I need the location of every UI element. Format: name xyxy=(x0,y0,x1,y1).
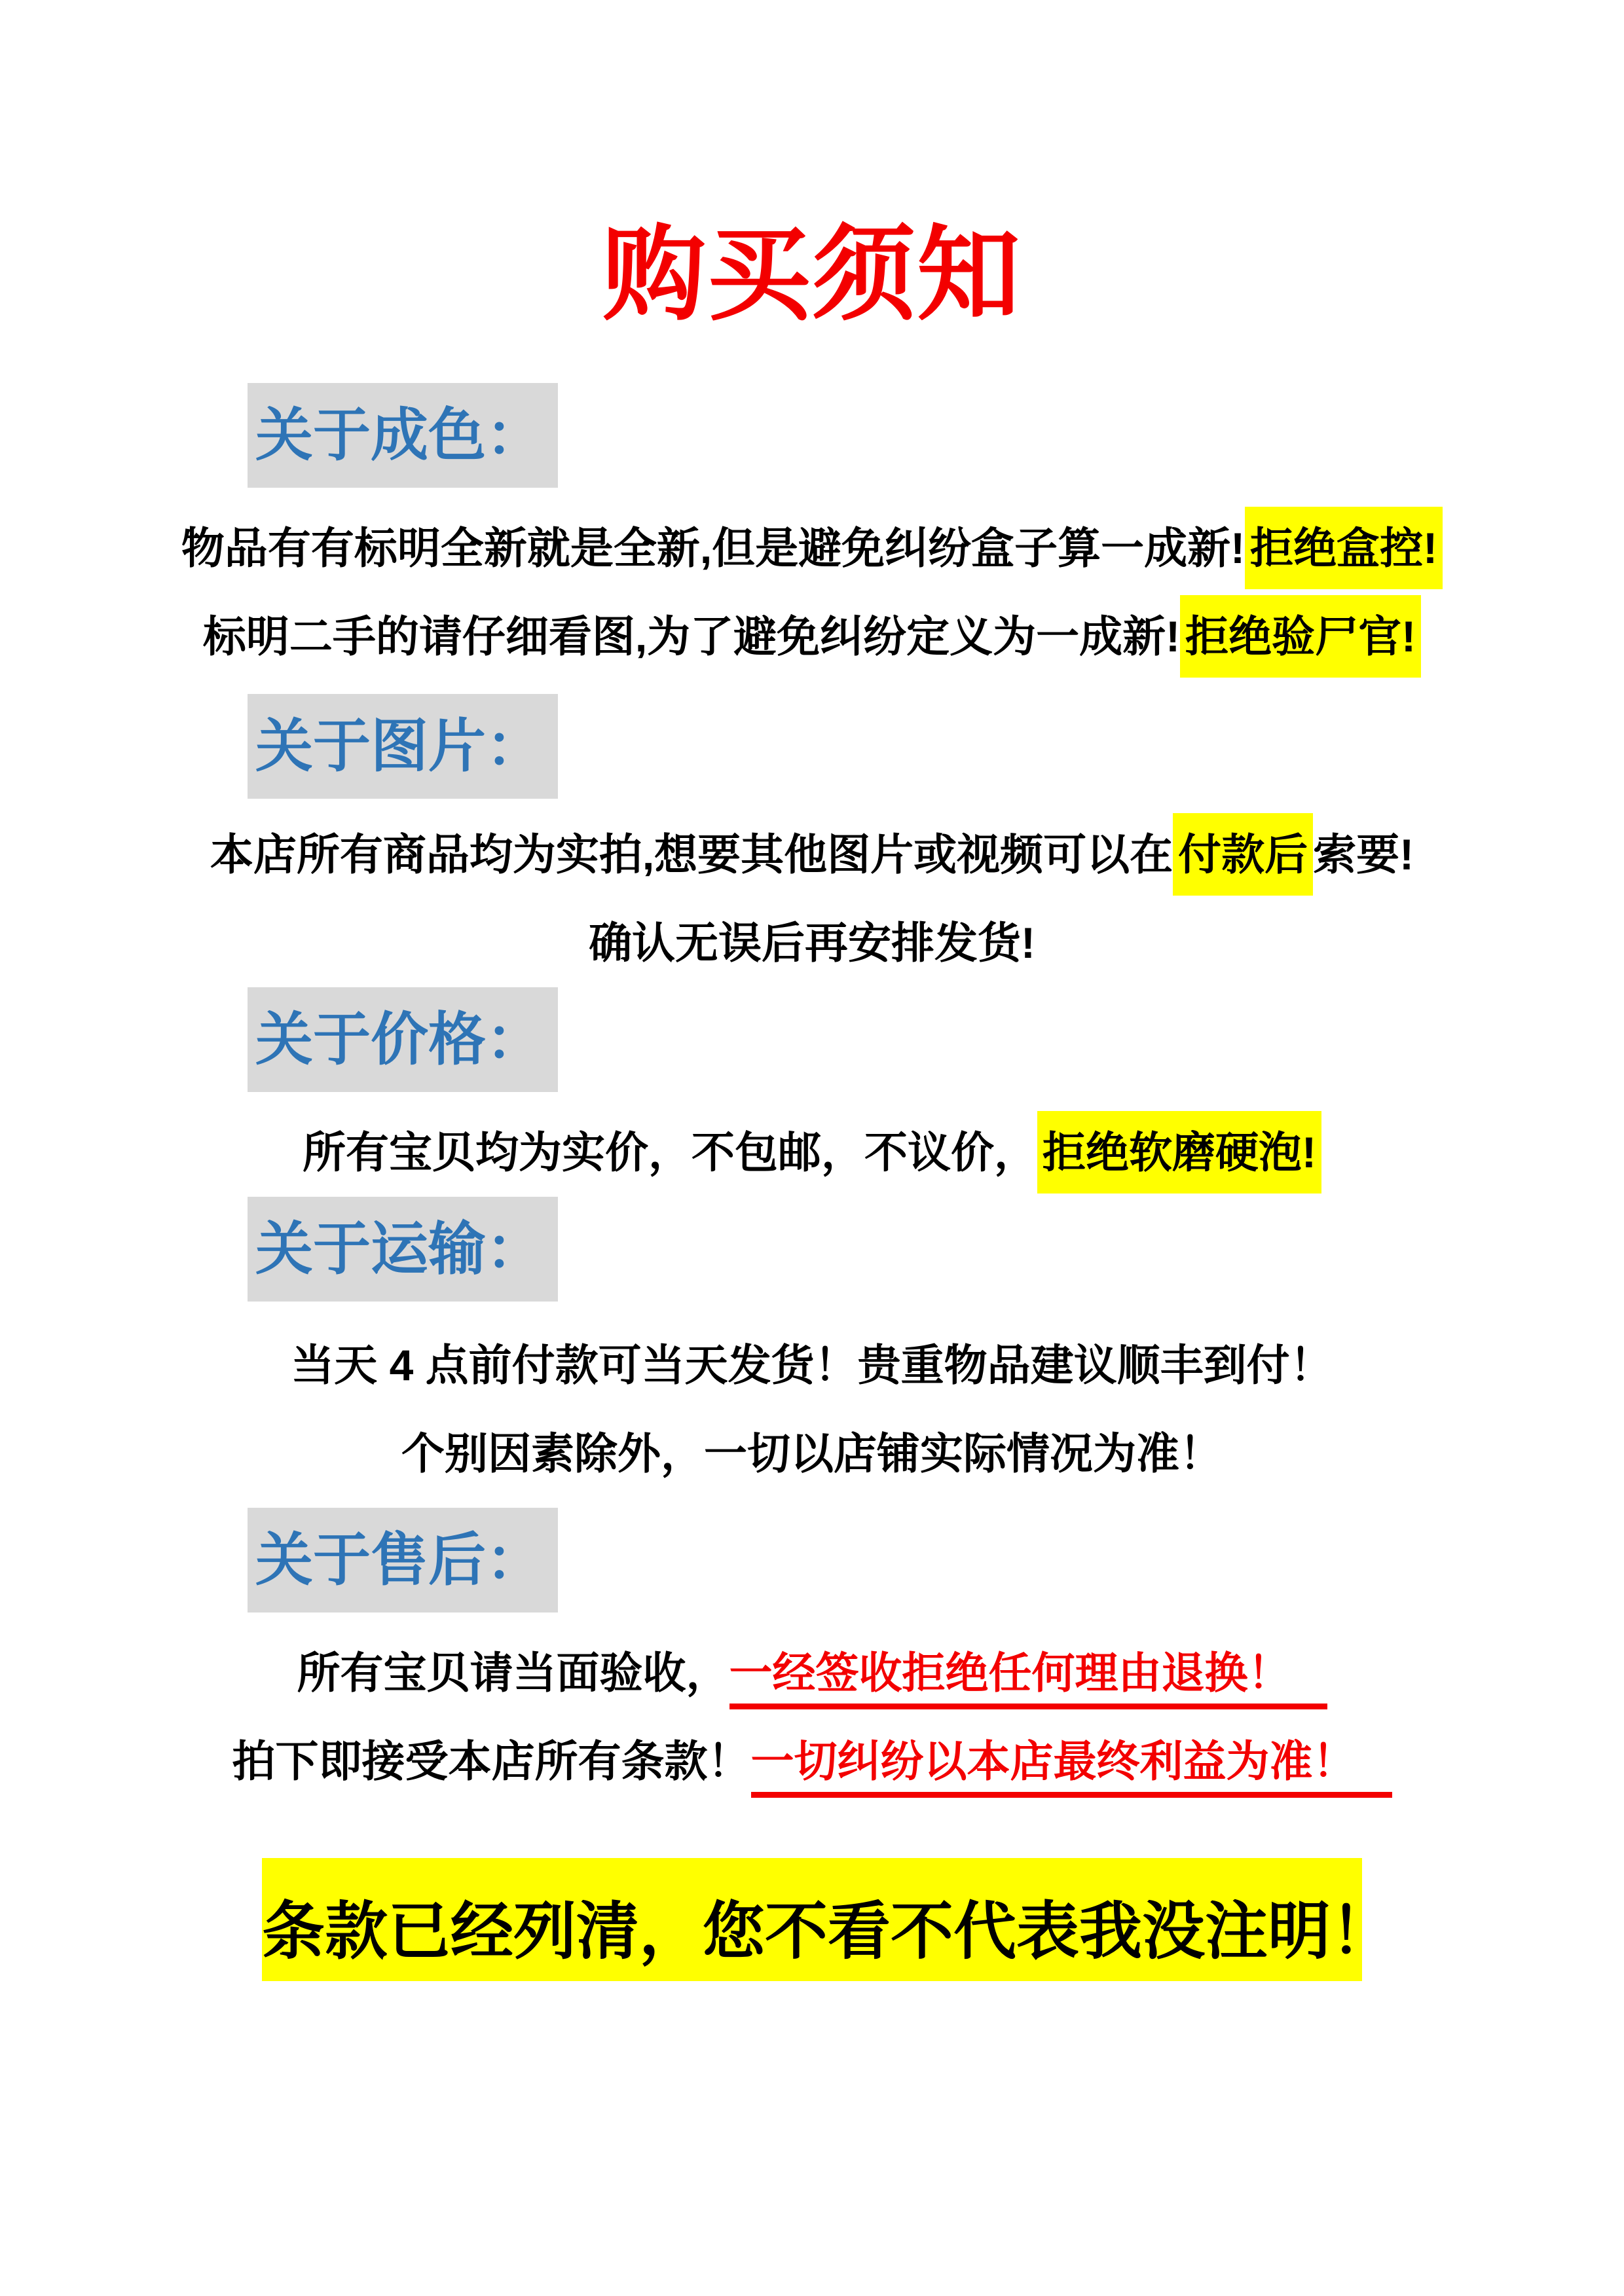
shipping-line-2: 个别因素除外，一切以店铺实际情况为准！ xyxy=(0,1410,1624,1498)
aftersale-line-2-text: 拍下即接受本店所有条款！ xyxy=(232,1737,751,1785)
shipping-line-1-text: 当天 4 点前付款可当天发货！贵重物品建议顺丰到付！ xyxy=(291,1341,1333,1389)
condition-line-2-text: 标明二手的请仔细看图,为了避免纠纷定义为一成新! xyxy=(203,612,1180,661)
aftersale-line-1: 所有宝贝请当面验收，一经签收拒绝任何理由退换！ xyxy=(0,1629,1624,1717)
section-header-price: 关于价格： xyxy=(248,987,558,1092)
section-shipping: 关于运输： xyxy=(248,1197,1624,1302)
section-price: 关于价格： xyxy=(248,987,1624,1092)
shipping-line-1: 当天 4 点前付款可当天发货！贵重物品建议顺丰到付！ xyxy=(0,1321,1624,1410)
purchase-notice-page: 购买须知 关于成色： 物品有有标明全新就是全新,但是避免纠纷盒子算一成新!拒绝盒… xyxy=(0,0,1624,2296)
condition-line-2-highlight: 拒绝验尸官! xyxy=(1180,595,1421,678)
photos-line-2: 确认无误后再安排发货! xyxy=(0,899,1624,987)
condition-line-1-highlight: 拒绝盒控! xyxy=(1245,507,1443,589)
section-header-condition: 关于成色： xyxy=(248,383,558,488)
section-header-photos: 关于图片： xyxy=(248,694,558,799)
photos-line-1-highlight: 付款后 xyxy=(1173,813,1313,896)
page-title: 购买须知 xyxy=(0,219,1624,331)
aftersale-line-1-warning: 一经签收拒绝任何理由退换！ xyxy=(729,1649,1327,1709)
price-line-1-highlight: 拒绝软磨硬泡! xyxy=(1037,1111,1321,1194)
photos-line-2-text: 确认无误后再安排发货! xyxy=(589,919,1035,967)
photos-line-1: 本店所有商品均为实拍,想要其他图片或视频可以在付款后索要! xyxy=(0,811,1624,899)
section-photos: 关于图片： xyxy=(248,694,1624,799)
condition-line-2: 标明二手的请仔细看图,为了避免纠纷定义为一成新!拒绝验尸官! xyxy=(0,592,1624,681)
footer-banner: 条款已经列清，您不看不代表我没注明！ xyxy=(262,1858,1362,1981)
price-line-1: 所有宝贝均为实价，不包邮，不议价，拒绝软磨硬泡! xyxy=(0,1108,1624,1197)
aftersale-line-1-text: 所有宝贝请当面验收， xyxy=(297,1649,729,1697)
price-line-1-text: 所有宝贝均为实价，不包邮，不议价， xyxy=(303,1128,1037,1176)
aftersale-line-2: 拍下即接受本店所有条款！一切纠纷以本店最终利益为准！ xyxy=(0,1717,1624,1806)
aftersale-line-2-warning: 一切纠纷以本店最终利益为准！ xyxy=(751,1737,1392,1798)
photos-line-1-text: 本店所有商品均为实拍,想要其他图片或视频可以在 xyxy=(210,830,1173,879)
section-header-aftersale: 关于售后： xyxy=(248,1508,558,1613)
photos-line-1-text-2: 索要! xyxy=(1313,830,1414,879)
shipping-line-2-text: 个别因素除外，一切以店铺实际情况为准！ xyxy=(401,1429,1223,1478)
condition-line-1: 物品有有标明全新就是全新,但是避免纠纷盒子算一成新!拒绝盒控! xyxy=(0,504,1624,592)
section-aftersale: 关于售后： xyxy=(248,1508,1624,1613)
condition-line-1-text: 物品有有标明全新就是全新,但是避免纠纷盒子算一成新! xyxy=(181,524,1245,572)
section-condition: 关于成色： xyxy=(248,383,1624,488)
section-header-shipping: 关于运输： xyxy=(248,1197,558,1302)
